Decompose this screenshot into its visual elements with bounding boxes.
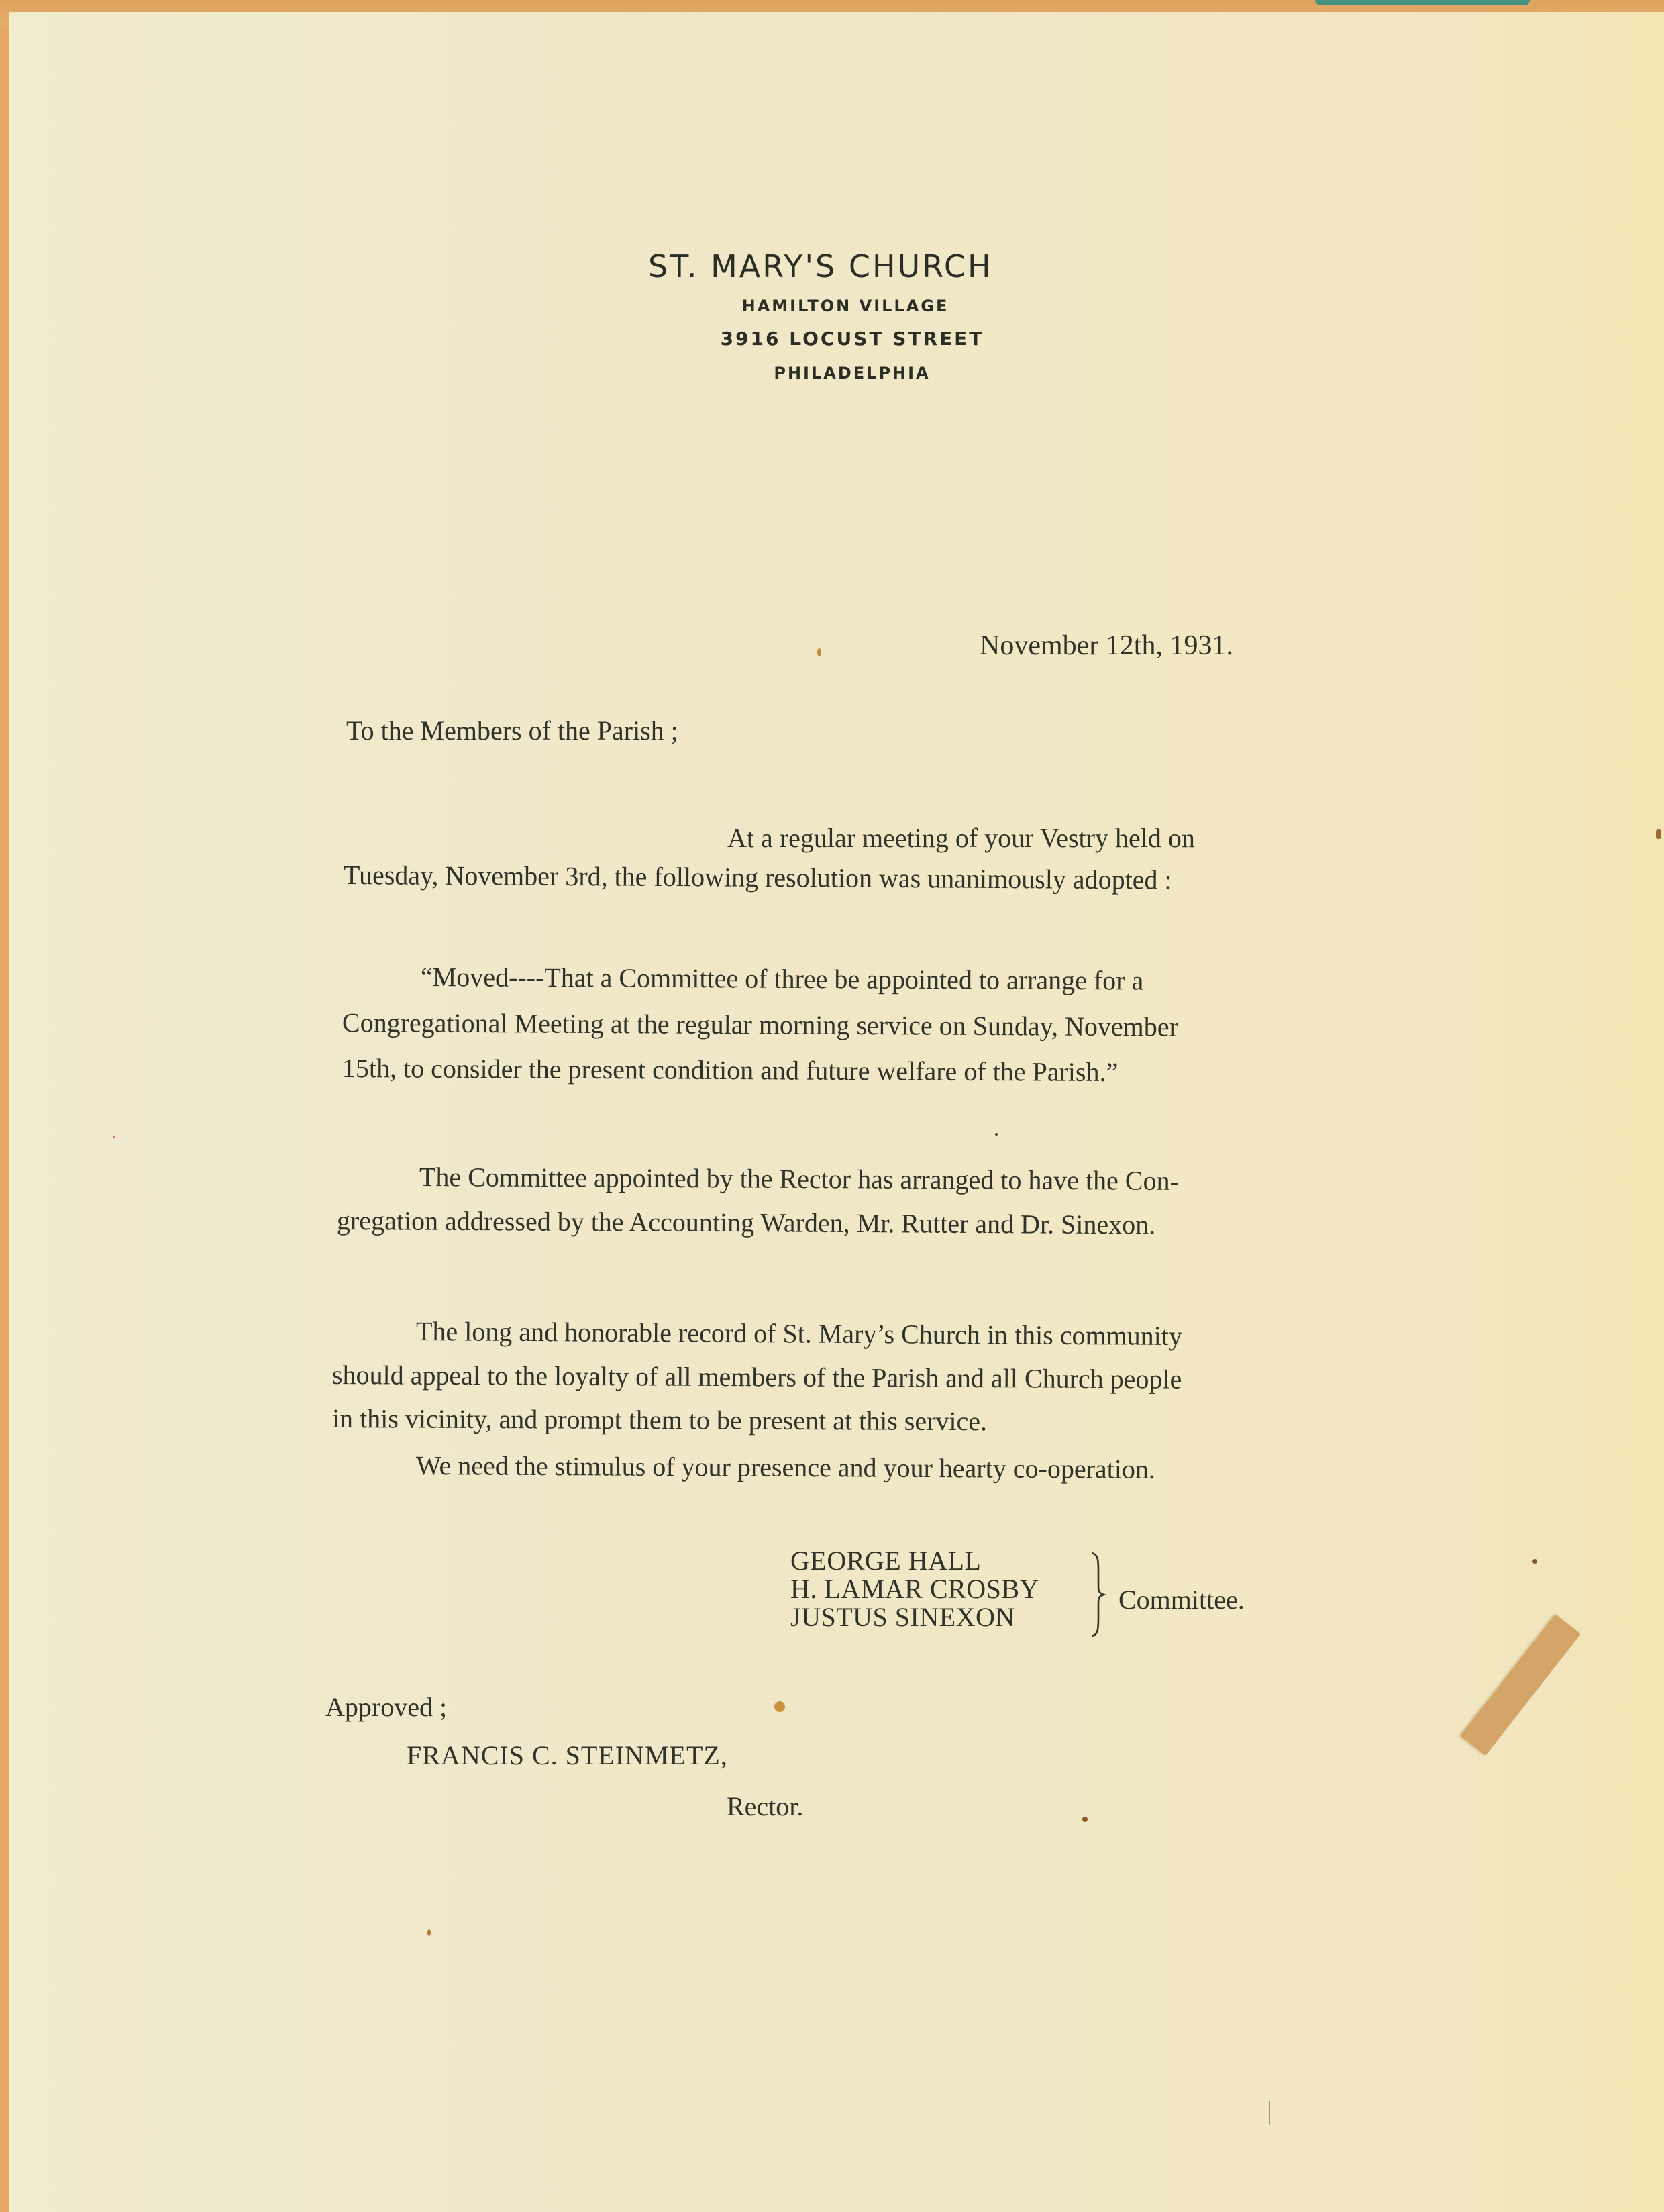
paper-spot (1532, 1559, 1537, 1564)
salutation: To the Members of the Parish ; (346, 715, 678, 746)
backing-teal-mark (1315, 0, 1530, 5)
letterhead-city: PHILADELPHIA (20, 364, 1664, 383)
paragraph-1-line-1: At a regular meeting of your Vestry held… (727, 822, 1195, 854)
committee-member: H. LAMAR CROSBY (790, 1575, 1039, 1603)
approved-label: Approved ; (325, 1691, 447, 1723)
paper-spot (113, 1136, 115, 1138)
paragraph-4-line-2: should appeal to the loyalty of all memb… (332, 1359, 1182, 1395)
paper-spot (427, 1929, 431, 1936)
paper-spot (995, 1133, 998, 1136)
right-brace-icon (1089, 1552, 1106, 1638)
committee-member: JUSTUS SINEXON (790, 1603, 1039, 1631)
paper-spot (1082, 1817, 1088, 1822)
closing-line: We need the stimulus of your presence an… (416, 1450, 1155, 1485)
paper-spot (1656, 829, 1661, 839)
paragraph-1-line-2: Tuesday, November 3rd, the following res… (344, 859, 1172, 896)
letterhead-street: 3916 LOCUST STREET (20, 328, 1664, 350)
resolution-line-2: Congregational Meeting at the regular mo… (342, 1007, 1178, 1043)
committee-member: GEORGE HALL (790, 1547, 1039, 1575)
rector-name: FRANCIS C. STEINMETZ, (407, 1740, 728, 1771)
resolution-line-1: “Moved----That a Committee of three be a… (421, 961, 1144, 997)
resolution-line-3: 15th, to consider the present condition … (342, 1052, 1119, 1088)
paragraph-4-line-1: The long and honorable record of St. Mar… (416, 1315, 1182, 1352)
paper-spot (1269, 2101, 1270, 2125)
paper-spot (774, 1701, 785, 1712)
paper-spot (817, 648, 821, 656)
paragraph-3-line-2: gregation addressed by the Accounting Wa… (337, 1205, 1155, 1240)
paragraph-4-line-3: in this vicinity, and prompt them to be … (332, 1403, 987, 1437)
committee-label: Committee. (1119, 1584, 1245, 1615)
letterhead-locality: HAMILTON VILLAGE (13, 297, 1664, 315)
rector-title: Rector. (727, 1791, 803, 1822)
letter-date: November 12th, 1931. (980, 630, 1233, 662)
church-name: ST. MARY'S CHURCH (648, 248, 1051, 285)
paragraph-3-line-1: The Committee appointed by the Rector ha… (419, 1161, 1179, 1197)
committee-members: GEORGE HALL H. LAMAR CROSBY JUSTUS SINEX… (790, 1547, 1039, 1631)
